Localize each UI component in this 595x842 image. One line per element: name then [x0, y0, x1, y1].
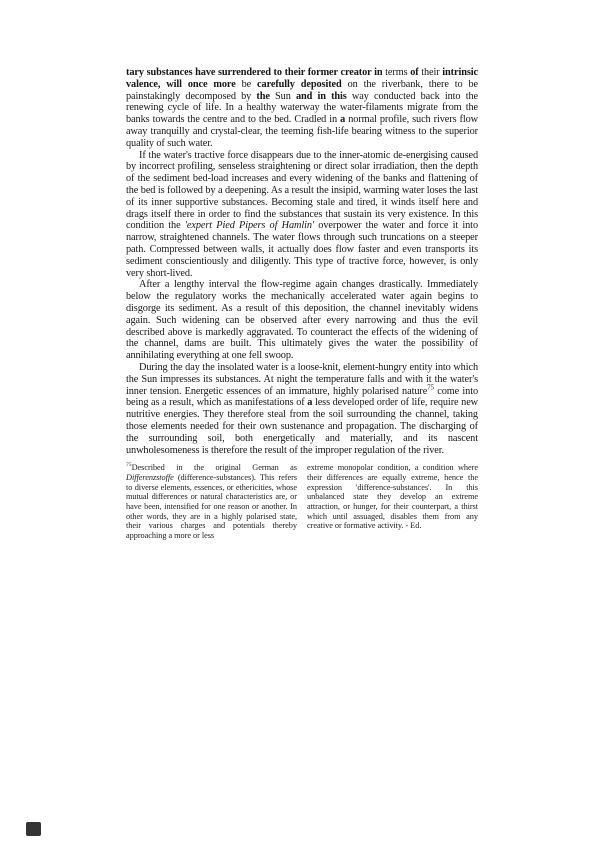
footnote-column-right: extreme monopolar condition, a condition…: [307, 463, 478, 540]
page-number-tab: [26, 822, 41, 836]
footnote-column-left: 75Described in the original German as Di…: [126, 463, 297, 540]
body-paragraph-2: If the water's tractive force disappears…: [126, 150, 478, 280]
body-paragraph-1: tary substances have surrendered to thei…: [126, 67, 478, 150]
document-page: tary substances have surrendered to thei…: [0, 0, 595, 842]
body-paragraph-4: During the day the insolated water is a …: [126, 362, 478, 456]
body-paragraph-3: After a lengthy interval the flow-regime…: [126, 279, 478, 362]
footnotes-section: 75Described in the original German as Di…: [126, 463, 478, 540]
body-text: tary substances have surrendered to thei…: [126, 67, 478, 541]
